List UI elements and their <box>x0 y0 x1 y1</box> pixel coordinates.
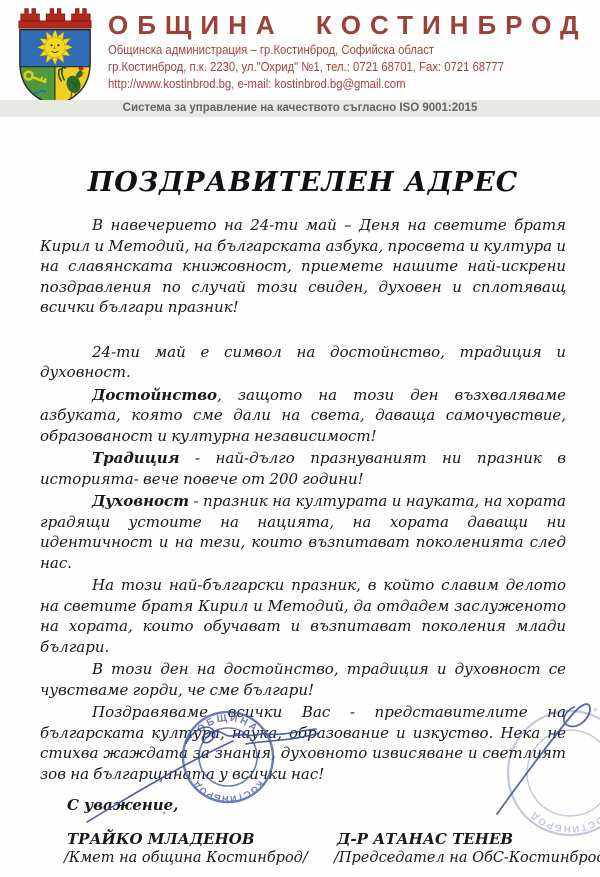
iso-quality-bar: Система за управление на качеството съгл… <box>0 100 600 117</box>
signatory-right: Д-Р АТАНАС ТЕНЕВ /Председател на ОбС-Кос… <box>337 830 600 866</box>
address-line-2: гр.Костинброд, п.к. 2230, ул."Охрид" №1,… <box>108 58 536 75</box>
signatory-left-role: /Кмет на община Костинброд/ <box>64 850 337 866</box>
stamp-star-icon: * <box>593 705 598 719</box>
signatory-left: ТРАЙКО МЛАДЕНОВ /Кмет на община Костинбр… <box>67 830 337 866</box>
letter-title: ПОЗДРАВИТЕЛЕН АДРЕС <box>40 166 566 200</box>
letter-paragraph: 24-ти май е символ на достойнство, тради… <box>40 342 566 383</box>
letter-paragraph: На този най-български празник, в който с… <box>40 575 566 657</box>
letter-paragraph: Достойнство, защото на този ден възхваля… <box>40 385 566 447</box>
mural-crown-icon <box>19 9 91 29</box>
signatory-left-name: ТРАЙКО МЛАДЕНОВ <box>67 830 337 848</box>
address-line-1: Общинска администрация – гр.Костинброд, … <box>108 41 536 58</box>
letterhead: ОБЩИНА КОСТИНБРОД Общинска администрация… <box>14 6 600 92</box>
document-page: ОБЩИНА КОСТИНБРОД Общинска администрация… <box>0 0 600 877</box>
municipality-name: ОБЩИНА КОСТИНБРОД <box>108 10 600 41</box>
letter-paragraph: Поздравяваме всички Вас - представителит… <box>40 702 566 784</box>
signature-block: ТРАЙКО МЛАДЕНОВ /Кмет на община Костинбр… <box>40 830 566 866</box>
coat-of-arms-icon <box>14 6 96 108</box>
letter-paragraph: В този ден на достойнство, традиция и ду… <box>40 659 566 700</box>
address-line-3-web-email: http://www.kostinbrod.bg, e-mail: kostin… <box>108 75 536 92</box>
letter-paragraph: Духовност - празник на културата и наука… <box>40 491 566 573</box>
letter-body: В навечерието на 24-ти май – Деня на све… <box>40 215 566 784</box>
closing-salutation: С уважение, <box>40 796 566 814</box>
signatory-right-role: /Председател на ОбС-Костинброд/ <box>334 850 600 866</box>
signatory-right-name: Д-Р АТАНАС ТЕНЕВ <box>337 830 600 848</box>
letter-paragraph: Традиция - най-дълго празнуваният ни пра… <box>40 448 566 489</box>
letter-paragraph: В навечерието на 24-ти май – Деня на све… <box>40 215 566 318</box>
letter-content: ПОЗДРАВИТЕЛЕН АДРЕС В навечерието на 24-… <box>40 117 566 866</box>
